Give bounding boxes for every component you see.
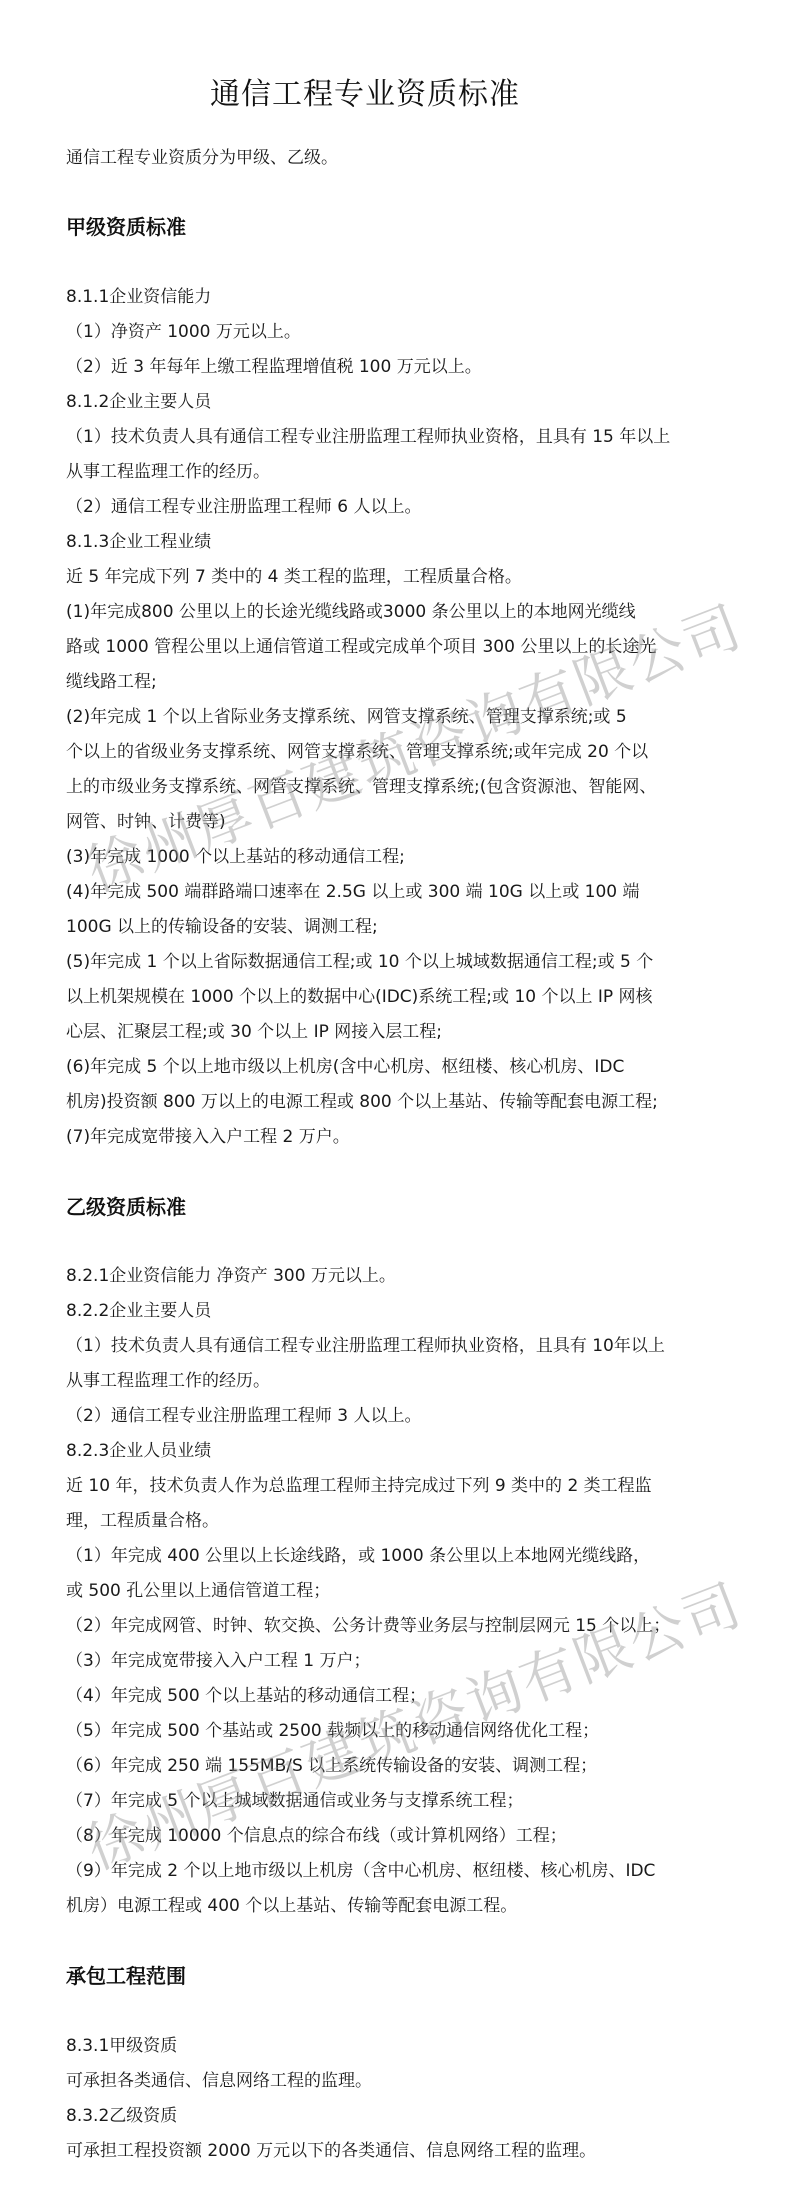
text-line: 可承担工程投资额 2000 万元以下的各类通信、信息网络工程的监理。 bbox=[66, 2134, 736, 2169]
text-line: （3）年完成宽带接入入户工程 1 万户； bbox=[66, 1644, 736, 1679]
text-line: 路或 1000 管程公里以上通信管道工程或完成单个项目 300 公里以上的长途光 bbox=[66, 630, 736, 665]
text-line: （4）年完成 500 个以上基站的移动通信工程； bbox=[66, 1679, 736, 1714]
text-line: (4)年完成 500 端群路端口速率在 2.5G 以上或 300 端 10G 以… bbox=[66, 875, 736, 910]
text-line: （1）净资产 1000 万元以上。 bbox=[66, 315, 736, 350]
text-line: （7）年完成 5 个以上城域数据通信或业务与支撑系统工程； bbox=[66, 1784, 736, 1819]
text-line: 8.1.1企业资信能力 bbox=[66, 280, 736, 315]
text-line: （2）通信工程专业注册监理工程师 6 人以上。 bbox=[66, 490, 736, 525]
text-line: 8.1.3企业工程业绩 bbox=[66, 525, 736, 560]
text-line: 8.1.2企业主要人员 bbox=[66, 385, 736, 420]
text-line: 8.3.1甲级资质 bbox=[66, 2029, 736, 2064]
text-line: （1）年完成 400 公里以上长途线路，或 1000 条公里以上本地网光缆线路， bbox=[66, 1539, 736, 1574]
text-line: （1）技术负责人具有通信工程专业注册监理工程师执业资格，且具有 15 年以上 bbox=[66, 420, 736, 455]
text-line: （2）近 3 年每年上缴工程监理增值税 100 万元以上。 bbox=[66, 350, 736, 385]
text-line: 或 500 孔公里以上通信管道工程； bbox=[66, 1574, 736, 1609]
text-line: （2）年完成网管、时钟、软交换、公务计费等业务层与控制层网元 15 个以上； bbox=[66, 1609, 736, 1644]
text-line: (1)年完成800 公里以上的长途光缆线路或3000 条公里以上的本地网光缆线 bbox=[66, 595, 736, 630]
text-line: （5）年完成 500 个基站或 2500 载频以上的移动通信网络优化工程； bbox=[66, 1714, 736, 1749]
text-line: 从事工程监理工作的经历。 bbox=[66, 455, 736, 490]
text-line: 从事工程监理工作的经历。 bbox=[66, 1364, 736, 1399]
text-line: 以上机架规模在 1000 个以上的数据中心(IDC)系统工程;或 10 个以上 … bbox=[66, 980, 736, 1015]
text-line: （1）技术负责人具有通信工程专业注册监理工程师执业资格，且具有 10年以上 bbox=[66, 1329, 736, 1364]
text-line: 上的市级业务支撑系统、网管支撑系统、管理支撑系统;(包含资源池、智能网、 bbox=[66, 770, 736, 805]
text-line: 近 10 年，技术负责人作为总监理工程师主持完成过下列 9 类中的 2 类工程监 bbox=[66, 1469, 736, 1504]
text-line: 网管、时钟、计费等) bbox=[66, 805, 736, 840]
text-line: 8.3.2乙级资质 bbox=[66, 2099, 736, 2134]
section-body-grade-a: 8.1.1企业资信能力 （1）净资产 1000 万元以上。 （2）近 3 年每年… bbox=[66, 280, 736, 1155]
section-heading-grade-a: 甲级资质标准 bbox=[66, 214, 186, 240]
text-line: (3)年完成 1000 个以上基站的移动通信工程; bbox=[66, 840, 736, 875]
text-line: (6)年完成 5 个以上地市级以上机房(含中心机房、枢纽楼、核心机房、IDC bbox=[66, 1050, 736, 1085]
text-line: 近 5 年完成下列 7 类中的 4 类工程的监理，工程质量合格。 bbox=[66, 560, 736, 595]
section-heading-grade-b: 乙级资质标准 bbox=[66, 1194, 186, 1220]
section-heading-scope: 承包工程范围 bbox=[66, 1963, 186, 1989]
text-line: 机房）电源工程或 400 个以上基站、传输等配套电源工程。 bbox=[66, 1889, 736, 1924]
text-line: (5)年完成 1 个以上省际数据通信工程;或 10 个以上城域数据通信工程;或 … bbox=[66, 945, 736, 980]
text-line: （2）通信工程专业注册监理工程师 3 人以上。 bbox=[66, 1399, 736, 1434]
page-title: 通信工程专业资质标准 bbox=[0, 76, 730, 114]
section-body-scope: 8.3.1甲级资质 可承担各类通信、信息网络工程的监理。 8.3.2乙级资质 可… bbox=[66, 2029, 736, 2169]
text-line: 个以上的省级业务支撑系统、网管支撑系统、管理支撑系统;或年完成 20 个以 bbox=[66, 735, 736, 770]
text-line: 8.2.1企业资信能力 净资产 300 万元以上。 bbox=[66, 1259, 736, 1294]
section-body-grade-b: 8.2.1企业资信能力 净资产 300 万元以上。 8.2.2企业主要人员 （1… bbox=[66, 1259, 736, 1924]
intro-text: 通信工程专业资质分为甲级、乙级。 bbox=[66, 146, 338, 170]
text-line: （9）年完成 2 个以上地市级以上机房（含中心机房、枢纽楼、核心机房、IDC bbox=[66, 1854, 736, 1889]
text-line: （6）年完成 250 端 155MB/S 以上系统传输设备的安装、调测工程； bbox=[66, 1749, 736, 1784]
text-line: 缆线路工程; bbox=[66, 665, 736, 700]
text-line: 理，工程质量合格。 bbox=[66, 1504, 736, 1539]
text-line: (7)年完成宽带接入入户工程 2 万户。 bbox=[66, 1120, 736, 1155]
document-page: 通信工程专业资质标准 通信工程专业资质分为甲级、乙级。 甲级资质标准 8.1.1… bbox=[0, 0, 790, 2210]
text-line: 机房)投资额 800 万以上的电源工程或 800 个以上基站、传输等配套电源工程… bbox=[66, 1085, 736, 1120]
text-line: （8）年完成 10000 个信息点的综合布线（或计算机网络）工程； bbox=[66, 1819, 736, 1854]
text-line: 8.2.2企业主要人员 bbox=[66, 1294, 736, 1329]
text-line: 心层、汇聚层工程;或 30 个以上 IP 网接入层工程; bbox=[66, 1015, 736, 1050]
text-line: 可承担各类通信、信息网络工程的监理。 bbox=[66, 2064, 736, 2099]
text-line: 8.2.3企业人员业绩 bbox=[66, 1434, 736, 1469]
text-line: (2)年完成 1 个以上省际业务支撑系统、网管支撑系统、管理支撑系统;或 5 bbox=[66, 700, 736, 735]
text-line: 100G 以上的传输设备的安装、调测工程; bbox=[66, 910, 736, 945]
